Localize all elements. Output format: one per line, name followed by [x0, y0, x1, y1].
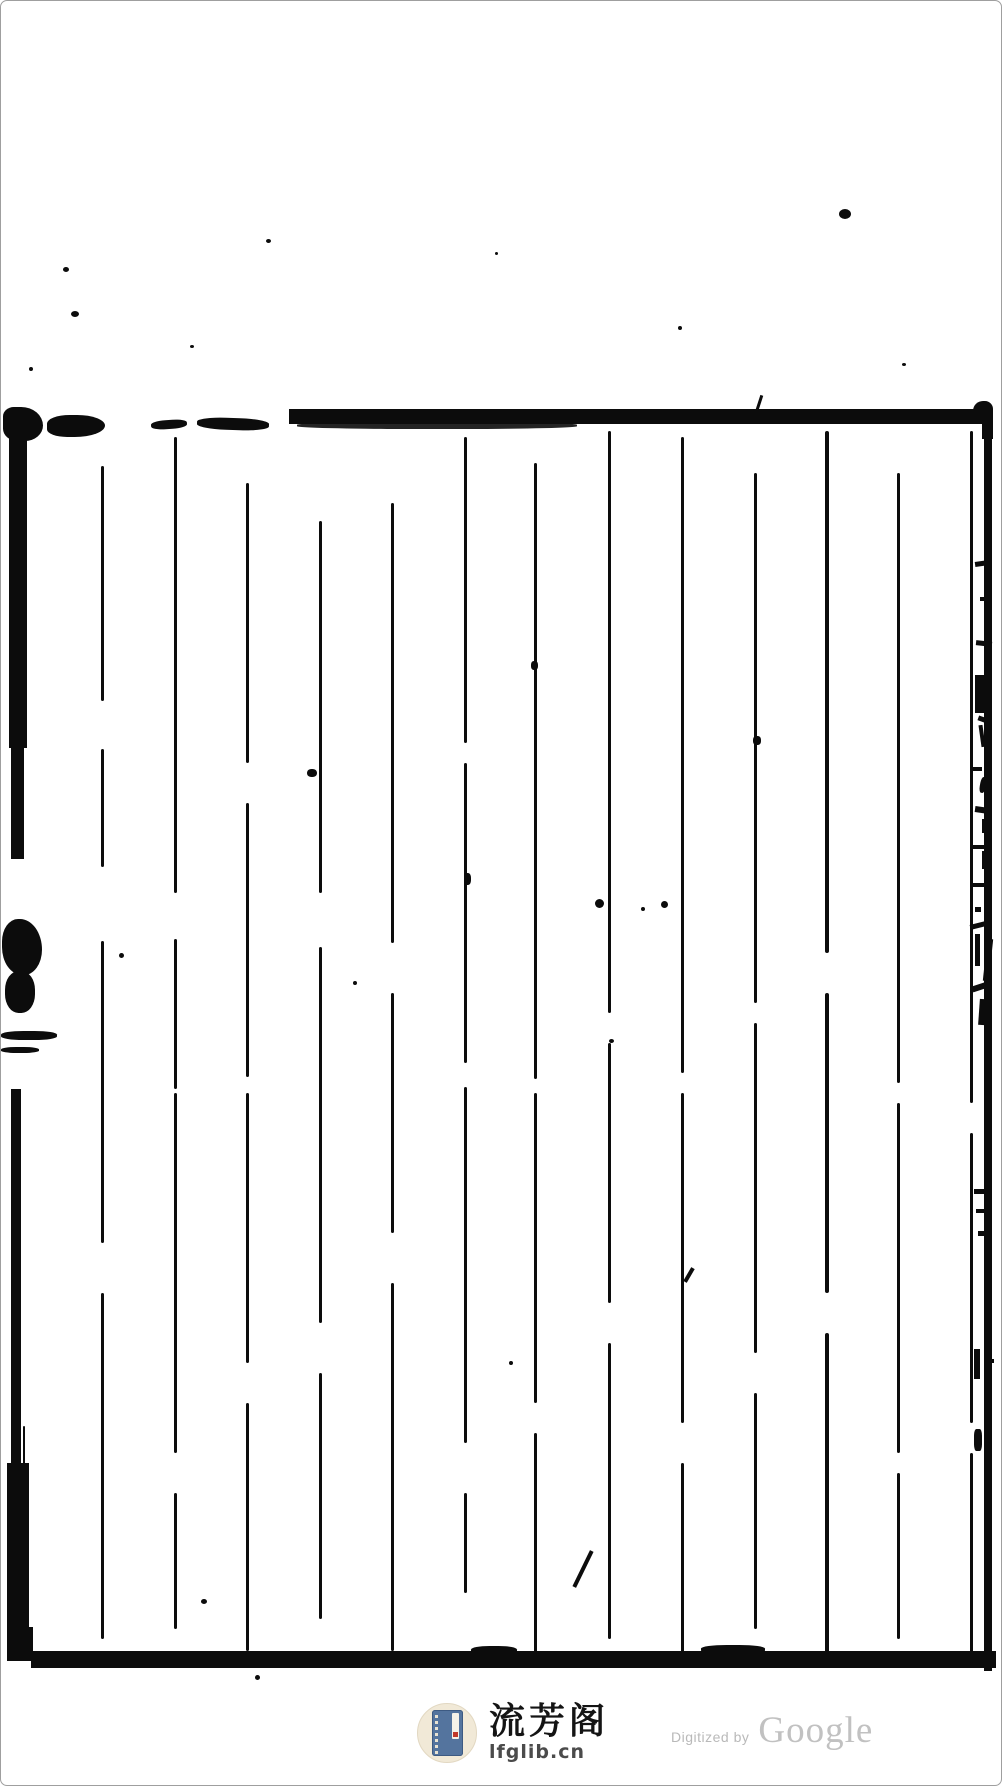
spine-character-fragment — [975, 806, 990, 814]
spine-character-fragment — [978, 1231, 990, 1236]
frame-top-border-smudge — [297, 422, 577, 429]
ink-speck — [353, 981, 357, 985]
ink-speck — [464, 873, 471, 885]
ink-speck — [266, 239, 271, 243]
ink-speck — [71, 311, 79, 317]
ink-speck — [190, 345, 194, 348]
ink-speck — [531, 661, 538, 670]
book-title-label — [452, 1713, 459, 1739]
column-rule-segment — [825, 1333, 829, 1653]
frame-bottom-border-lump — [471, 1646, 517, 1655]
ink-speck — [839, 209, 851, 219]
lfglib-domain: lfglib.cn — [489, 1742, 609, 1762]
scan-marks-layer — [1, 1, 1001, 1785]
column-rule-segment — [464, 1087, 467, 1443]
lfglib-logo-circle — [417, 1703, 477, 1763]
lfglib-title: 流芳阁 — [489, 1703, 609, 1741]
column-rule-segment — [246, 1093, 249, 1363]
column-rule-segment — [608, 1343, 611, 1639]
ink-speck — [595, 899, 604, 908]
ink-speck — [641, 907, 645, 911]
spine-character-fragment — [980, 597, 992, 601]
column-rule-segment — [464, 1493, 467, 1593]
google-watermark: Digitized by Google — [671, 1709, 873, 1757]
spine-character-fragment — [974, 1349, 980, 1379]
spine-character-fragment — [975, 907, 981, 912]
scanned-book-page: 流芳阁 lfglib.cn Digitized by Google — [0, 0, 1002, 1786]
ink-speck — [661, 901, 668, 908]
ink-speck — [255, 1675, 260, 1680]
frame-left-dash — [1, 1047, 39, 1053]
google-logo-text: Google — [758, 1709, 873, 1752]
ink-speck — [683, 1267, 694, 1283]
frame-left-blob — [5, 971, 35, 1013]
frame-bottom-border — [31, 1651, 996, 1668]
column-rule-segment — [319, 1373, 322, 1619]
column-rule-segment — [608, 431, 611, 1013]
column-rule-segment — [681, 437, 684, 1073]
digitized-by-label: Digitized by — [671, 1729, 749, 1745]
frame-top-left-blob — [47, 415, 105, 437]
column-rule-segment — [174, 939, 177, 1089]
column-rule-segment — [391, 503, 394, 943]
ink-speck — [495, 252, 498, 255]
lfglib-watermark-text: 流芳阁 lfglib.cn — [489, 1703, 609, 1762]
spine-character-fragment — [973, 767, 982, 771]
column-rule-segment — [897, 1473, 900, 1639]
spine-character-fragment — [986, 893, 990, 905]
spine-character-fragment — [984, 1359, 994, 1363]
ink-speck — [902, 363, 906, 366]
frame-bottom-border-lump — [701, 1645, 765, 1654]
ink-speck — [509, 1361, 513, 1365]
ink-speck — [756, 395, 763, 410]
column-rule-segment — [101, 749, 104, 867]
spine-character-fragment — [974, 1429, 982, 1451]
spine-character-fragment — [975, 934, 980, 966]
column-rule-segment — [608, 1043, 611, 1303]
ink-speck — [63, 267, 69, 272]
frame-left-dash — [1, 1031, 57, 1040]
spine-character-fragment — [973, 845, 987, 849]
column-rule-segment — [319, 521, 322, 893]
column-rule-segment — [319, 947, 322, 1323]
column-rule-segment — [681, 1093, 684, 1423]
column-rule-segment — [174, 437, 177, 893]
column-rule-segment — [174, 1493, 177, 1629]
spine-character-fragment — [982, 851, 986, 869]
red-seal-icon — [453, 1732, 458, 1737]
column-rule-segment — [534, 1433, 537, 1653]
column-rule-segment — [534, 463, 537, 1079]
book-icon — [432, 1710, 463, 1756]
column-rule-segment — [101, 466, 104, 701]
column-rule-segment — [970, 1453, 973, 1663]
column-rule-segment — [391, 1283, 394, 1651]
frame-left-border — [11, 746, 24, 859]
spine-character-fragment — [976, 640, 992, 647]
ink-speck — [609, 1039, 614, 1043]
column-rule-segment — [970, 1133, 973, 1423]
ink-speck — [572, 1550, 593, 1588]
column-rule-segment — [897, 473, 900, 1083]
spine-character-fragment — [974, 1189, 988, 1194]
spine-character-fragment — [973, 883, 985, 887]
column-rule-segment — [754, 1023, 757, 1353]
frame-left-blob — [2, 919, 42, 975]
lfglib-watermark: 流芳阁 lfglib.cn — [417, 1703, 609, 1763]
ink-speck — [29, 367, 33, 371]
frame-top-right-lump — [973, 401, 993, 421]
ink-speck — [201, 1599, 207, 1604]
column-rule-segment — [754, 1393, 757, 1629]
frame-top-left-blob — [197, 417, 269, 432]
spine-character-fragment — [986, 609, 992, 633]
column-rule-segment — [23, 1426, 25, 1613]
column-rule-segment — [246, 483, 249, 763]
column-rule-segment — [391, 993, 394, 1233]
column-rule-segment — [825, 993, 829, 1293]
column-rule-segment — [534, 1093, 537, 1403]
column-rule-segment — [246, 803, 249, 1077]
spine-character-fragment — [975, 675, 992, 713]
column-rule-segment — [464, 437, 467, 743]
column-rule-segment — [174, 1093, 177, 1453]
ink-speck — [678, 326, 682, 330]
frame-left-border — [11, 1089, 21, 1465]
column-rule-segment — [246, 1403, 249, 1651]
spine-character-fragment — [982, 819, 987, 833]
column-rule-segment — [101, 1293, 104, 1639]
ink-speck — [753, 736, 761, 745]
spine-character-fragment — [976, 1209, 988, 1213]
column-rule-segment — [464, 763, 467, 1063]
ink-speck — [119, 953, 124, 958]
book-stitches-icon — [435, 1712, 438, 1754]
column-rule-segment — [897, 1103, 900, 1453]
column-rule-segment — [23, 441, 25, 719]
column-rule-segment — [101, 941, 104, 1243]
frame-top-left-blob — [151, 419, 188, 430]
column-rule-segment — [825, 431, 829, 953]
ink-speck — [307, 769, 317, 777]
column-rule-segment — [681, 1463, 684, 1653]
